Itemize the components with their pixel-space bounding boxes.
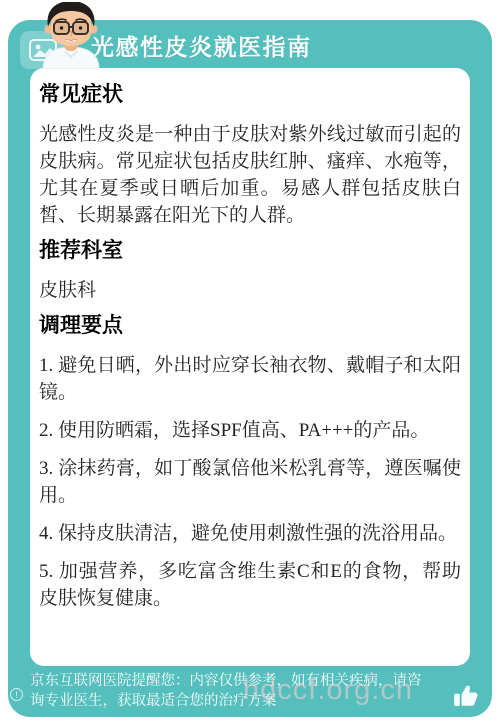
watermark: hdccf.org.cn [243, 674, 413, 707]
symptoms-paragraph: 光感性皮炎是一种由于皮肤对紫外线过敏而引起的皮肤病。常见症状包括皮肤红肿、瘙痒、… [39, 121, 461, 229]
page-title: 光感性皮炎就医指南 [91, 29, 312, 62]
care-item-3: 3. 涂抹药膏，如丁酸氯倍他米松乳膏等，遵医嘱使用。 [39, 455, 461, 509]
guide-card: 常见症状 光感性皮炎是一种由于皮肤对紫外线过敏而引起的皮肤病。常见症状包括皮肤红… [30, 68, 470, 666]
section-heading-department: 推荐科室 [39, 240, 461, 262]
info-icon: ! [10, 688, 23, 701]
thumbs-up-icon[interactable] [451, 681, 481, 711]
department-value: 皮肤科 [39, 277, 461, 304]
care-item-2: 2. 使用防晒霜，选择SPF值高、PA+++的产品。 [39, 417, 461, 444]
section-heading-care: 调理要点 [39, 315, 461, 337]
care-item-4: 4. 保持皮肤清洁，避免使用刺激性强的洗浴用品。 [39, 520, 461, 547]
care-item-1: 1. 避免日晒，外出时应穿长袖衣物、戴帽子和太阳镜。 [39, 352, 461, 406]
doctor-avatar [30, 2, 112, 69]
section-heading-symptoms: 常见症状 [39, 84, 461, 106]
care-item-5: 5. 加强营养，多吃富含维生素C和E的食物，帮助皮肤恢复健康。 [39, 558, 461, 612]
